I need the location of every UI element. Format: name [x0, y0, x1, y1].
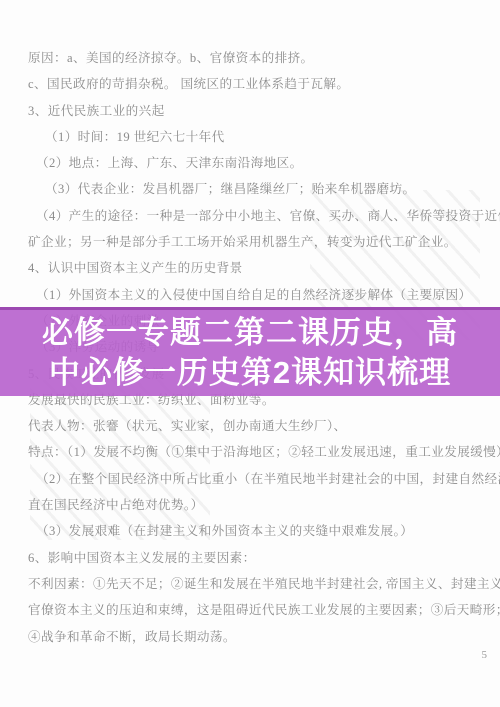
promo-banner: 必修一专题二第二课历史，高 中必修一历史第2课知识梳理: [0, 307, 500, 396]
doc-line: 官僚资本主义的压迫和束缚，这是阻碍近代民族工业发展的主要因素；③后天畸形；: [0, 597, 500, 623]
doc-line: （2）地点：上海、广东、天津东南沿海地区。: [0, 150, 500, 176]
document-page: 原因：a、美国的经济掠夺。b、官僚资本的排挤。c、国民政府的苛捐杂税。 国统区的…: [0, 0, 500, 707]
doc-line: 代表人物：张謇（状元、实业家，创办南通大生纱厂）、: [0, 413, 500, 439]
banner-title-line1: 必修一专题二第二课历史，高: [42, 315, 458, 350]
doc-line: （4）产生的途径：一种是一部分中小地主、官僚、买办、商人、华侨等投资于近代工: [0, 203, 500, 229]
doc-line: 直在国民经济中占绝对优势。）: [0, 492, 500, 518]
doc-line: 不利因素：①先天不足；②诞生和发展在半殖民地半封建社会, 帝国主义、封建主义和: [0, 571, 500, 597]
doc-line: 特点：（1）发展不均衡（①集中于沿海地区；②轻工业发展迅速，重工业发展缓慢）: [0, 439, 500, 465]
doc-line: 矿企业；另一种是部分手工工场开始采用机器生产，转变为近代工矿企业。: [0, 229, 500, 255]
doc-line: （1）外国资本主义的入侵使中国自给自足的自然经济逐步解体（主要原因）: [0, 282, 500, 308]
doc-line: 3、近代民族工业的兴起: [0, 98, 500, 124]
banner-title-line2: 中必修一历史第2课知识梳理: [49, 355, 451, 390]
doc-line: （3）代表企业：发昌机器厂；继昌隆缫丝厂；贻来牟机器磨坊。: [0, 176, 500, 202]
doc-line: ④战争和革命不断，政局长期动荡。: [0, 624, 500, 650]
doc-line: 原因：a、美国的经济掠夺。b、官僚资本的排挤。: [0, 45, 500, 71]
doc-line: （2）在整个国民经济中所占比重小（在半殖民地半封建社会的中国，封建自然经济一: [0, 466, 500, 492]
doc-line: 6、影响中国资本主义发展的主要因素：: [0, 545, 500, 571]
page-number: 5: [482, 649, 488, 661]
doc-line: （1）时间：19 世纪六七十年代: [0, 124, 500, 150]
banner-title: 必修一专题二第二课历史，高 中必修一历史第2课知识梳理: [42, 313, 458, 393]
doc-line: c、国民政府的苛捐杂税。 国统区的工业体系趋于瓦解。: [0, 71, 500, 97]
doc-line: （3）发展艰难（在封建主义和外国资本主义的夹缝中艰难发展。）: [0, 518, 500, 544]
doc-line: 4、认识中国资本主义产生的历史背景: [0, 255, 500, 281]
